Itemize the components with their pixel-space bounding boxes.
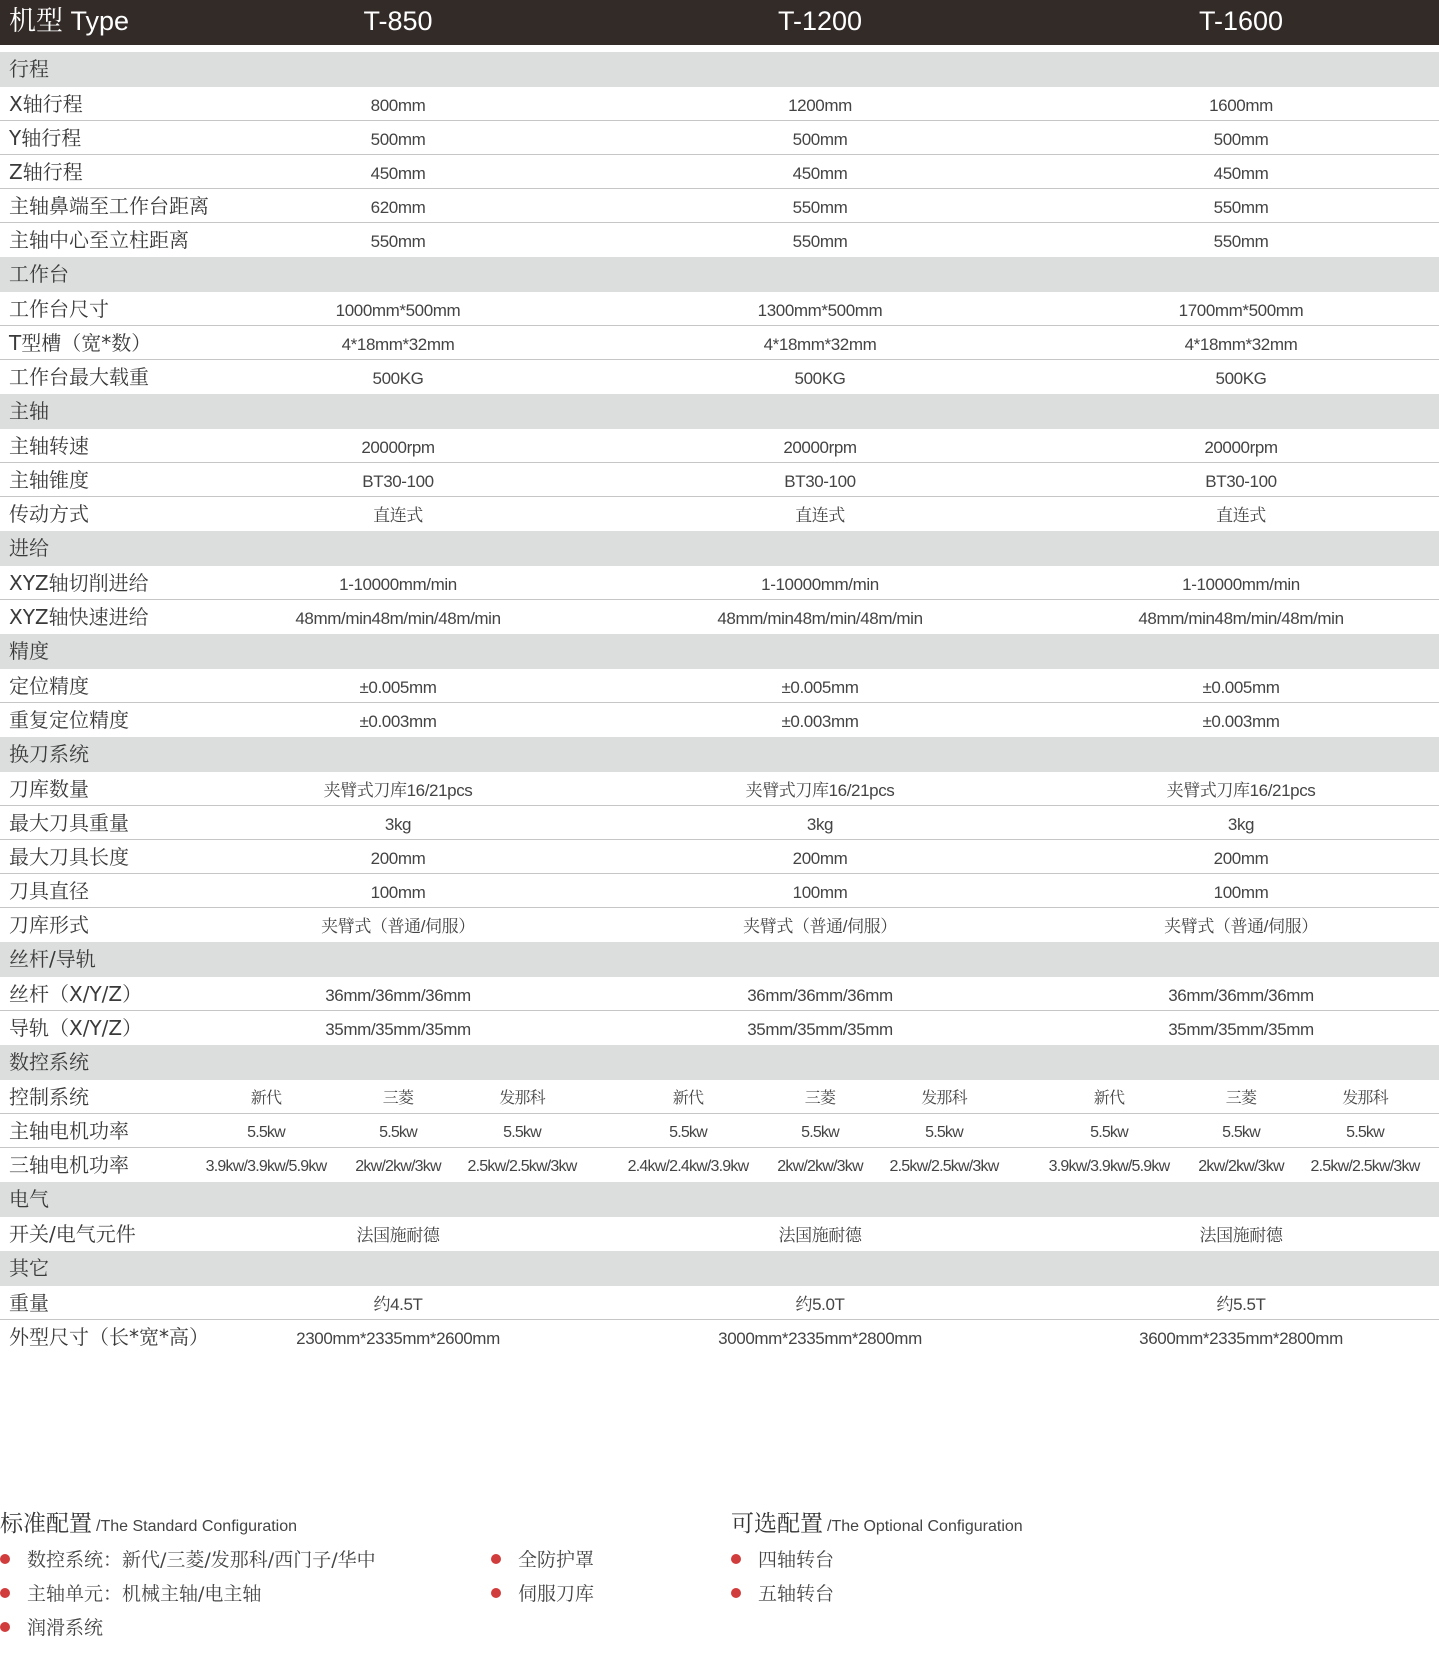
row-label: 刀具直径 bbox=[9, 874, 89, 908]
row-label: 主轴锥度 bbox=[9, 463, 89, 497]
row-label: 开关/电气元件 bbox=[9, 1217, 136, 1251]
row-label: 主轴电机功率 bbox=[9, 1114, 129, 1148]
row-label: 传动方式 bbox=[9, 497, 89, 531]
cell-value: 48mm/min48m/min/48m/min bbox=[1138, 600, 1343, 634]
cell-value: 1-10000mm/min bbox=[1182, 566, 1300, 600]
bullet-icon bbox=[0, 1588, 10, 1598]
cell-value: 550mm bbox=[371, 223, 426, 257]
cell-value: 法国施耐德 bbox=[357, 1217, 440, 1251]
cell-value: 5.5kw bbox=[801, 1114, 839, 1148]
cell-value: 2.5kw/2.5kw/3kw bbox=[890, 1148, 999, 1182]
row-label: X轴行程 bbox=[9, 87, 83, 121]
cell-value: 5.5kw bbox=[1346, 1114, 1384, 1148]
cell-value: 48mm/min48m/min/48m/min bbox=[717, 600, 922, 634]
section-title: 丝杆/导轨 bbox=[9, 942, 96, 977]
cell-value: 5.5kw bbox=[925, 1114, 963, 1148]
item-text: 数控系统：新代/三菱/发那科/西门子/华中 bbox=[27, 1549, 376, 1571]
item-text: 五轴转台 bbox=[758, 1583, 834, 1605]
cell-value: 35mm/35mm/35mm bbox=[1168, 1011, 1314, 1045]
section-title: 主轴 bbox=[9, 394, 49, 429]
table-row: Y轴行程500mm500mm500mm bbox=[0, 121, 1439, 155]
cell-value: 1000mm*500mm bbox=[336, 292, 461, 326]
row-label: Y轴行程 bbox=[9, 121, 81, 155]
section-row: 其它 bbox=[0, 1251, 1439, 1286]
cell-value: 夹臂式刀库16/21pcs bbox=[1167, 772, 1316, 806]
table-row: 控制系统新代三菱发那科新代三菱发那科新代三菱发那科 bbox=[0, 1080, 1439, 1114]
cell-value: 36mm/36mm/36mm bbox=[747, 977, 893, 1011]
section-title: 进给 bbox=[9, 531, 49, 566]
cell-value: 2.5kw/2.5kw/3kw bbox=[468, 1148, 577, 1182]
cell-value: 100mm bbox=[793, 874, 848, 908]
table-row: X轴行程800mm1200mm1600mm bbox=[0, 87, 1439, 121]
table-row: 工作台尺寸1000mm*500mm1300mm*500mm1700mm*500m… bbox=[0, 292, 1439, 326]
table-row: 刀库形式夹臂式（普通/伺服）夹臂式（普通/伺服）夹臂式（普通/伺服） bbox=[0, 908, 1439, 942]
cell-value: 法国施耐德 bbox=[1200, 1217, 1283, 1251]
standard-config-item: 全防护罩 bbox=[491, 1545, 594, 1575]
cell-value: 550mm bbox=[1214, 223, 1269, 257]
item-text: 润滑系统 bbox=[27, 1617, 103, 1639]
bullet-icon bbox=[491, 1554, 501, 1564]
cell-value: 5.5kw bbox=[503, 1114, 541, 1148]
cell-value: 100mm bbox=[1214, 874, 1269, 908]
bullet-icon bbox=[0, 1622, 10, 1632]
cell-value: 3kg bbox=[1228, 806, 1254, 840]
cell-value: 48mm/min48m/min/48m/min bbox=[295, 600, 500, 634]
table-row: 最大刀具长度200mm200mm200mm bbox=[0, 840, 1439, 874]
cell-value: 3kg bbox=[385, 806, 411, 840]
section-row: 电气 bbox=[0, 1182, 1439, 1217]
cell-value: ±0.005mm bbox=[782, 669, 859, 703]
cell-value: ±0.003mm bbox=[360, 703, 437, 737]
row-label: 重量 bbox=[9, 1286, 49, 1320]
cell-value: 4*18mm*32mm bbox=[342, 326, 455, 360]
table-row: 工作台最大载重500KG500KG500KG bbox=[0, 360, 1439, 394]
cell-value: 4*18mm*32mm bbox=[764, 326, 877, 360]
cell-value: 550mm bbox=[793, 189, 848, 223]
cell-value: 200mm bbox=[793, 840, 848, 874]
table-row: 导轨（X/Y/Z）35mm/35mm/35mm35mm/35mm/35mm35m… bbox=[0, 1011, 1439, 1045]
section-title: 工作台 bbox=[9, 257, 69, 292]
row-label: 丝杆（X/Y/Z） bbox=[9, 977, 142, 1011]
cell-value: 3.9kw/3.9kw/5.9kw bbox=[206, 1148, 327, 1182]
row-label: 导轨（X/Y/Z） bbox=[9, 1011, 142, 1045]
cell-value: 1600mm bbox=[1209, 87, 1273, 121]
table-row: 主轴锥度BT30-100BT30-100BT30-100 bbox=[0, 463, 1439, 497]
cell-value: 新代 bbox=[1094, 1080, 1124, 1114]
table-row: 传动方式直连式直连式直连式 bbox=[0, 497, 1439, 531]
cell-value: 法国施耐德 bbox=[779, 1217, 862, 1251]
table-row: 重量约4.5T约5.0T约5.5T bbox=[0, 1286, 1439, 1320]
row-label: Z轴行程 bbox=[9, 155, 83, 189]
cell-value: 3600mm*2335mm*2800mm bbox=[1139, 1320, 1343, 1354]
table-row: 刀具直径100mm100mm100mm bbox=[0, 874, 1439, 908]
section-title: 电气 bbox=[9, 1182, 49, 1217]
header-model-t1600: T-1600 bbox=[1199, 0, 1283, 45]
cell-value: 5.5kw bbox=[379, 1114, 417, 1148]
cell-value: 500KG bbox=[795, 360, 846, 394]
bullet-icon bbox=[731, 1554, 741, 1564]
row-label: 主轴鼻端至工作台距离 bbox=[9, 189, 209, 223]
section-row: 换刀系统 bbox=[0, 737, 1439, 772]
section-row: 行程 bbox=[0, 52, 1439, 87]
section-row: 精度 bbox=[0, 634, 1439, 669]
standard-config-item: 主轴单元：机械主轴/电主轴 bbox=[0, 1579, 261, 1609]
cell-value: 200mm bbox=[371, 840, 426, 874]
cell-value: 夹臂式（普通/伺服） bbox=[1164, 908, 1318, 942]
cell-value: 发那科 bbox=[1342, 1080, 1388, 1114]
cell-value: 发那科 bbox=[499, 1080, 545, 1114]
cell-value: 2kw/2kw/3kw bbox=[777, 1148, 862, 1182]
row-label: T型槽（宽*数） bbox=[9, 326, 151, 360]
row-label: 重复定位精度 bbox=[9, 703, 129, 737]
cell-value: 1-10000mm/min bbox=[339, 566, 457, 600]
cell-value: 2kw/2kw/3kw bbox=[1198, 1148, 1283, 1182]
cell-value: 500mm bbox=[371, 121, 426, 155]
cell-value: 夹臂式刀库16/21pcs bbox=[746, 772, 895, 806]
row-label: 刀库数量 bbox=[9, 772, 89, 806]
row-label: 定位精度 bbox=[9, 669, 89, 703]
cell-value: 新代 bbox=[673, 1080, 703, 1114]
item-text: 四轴转台 bbox=[758, 1549, 834, 1571]
cell-value: 直连式 bbox=[373, 497, 423, 531]
cell-value: 3kg bbox=[807, 806, 833, 840]
cell-value: 约5.5T bbox=[1216, 1286, 1265, 1320]
section-row: 丝杆/导轨 bbox=[0, 942, 1439, 977]
cell-value: 直连式 bbox=[795, 497, 845, 531]
row-label: XYZ轴切削进给 bbox=[9, 566, 149, 600]
cell-value: 2.5kw/2.5kw/3kw bbox=[1311, 1148, 1420, 1182]
optional-config-title-cn: 可选配置 bbox=[731, 1511, 823, 1537]
cell-value: 1200mm bbox=[788, 87, 852, 121]
cell-value: 450mm bbox=[371, 155, 426, 189]
table-row: Z轴行程450mm450mm450mm bbox=[0, 155, 1439, 189]
section-title: 换刀系统 bbox=[9, 737, 89, 772]
section-title: 行程 bbox=[9, 52, 49, 87]
cell-value: 2300mm*2335mm*2600mm bbox=[296, 1320, 500, 1354]
row-label: XYZ轴快速进给 bbox=[9, 600, 149, 634]
spec-table: 行程X轴行程800mm1200mm1600mmY轴行程500mm500mm500… bbox=[0, 52, 1439, 1354]
row-label: 最大刀具重量 bbox=[9, 806, 129, 840]
item-text: 主轴单元：机械主轴/电主轴 bbox=[27, 1583, 261, 1605]
standard-config-item: 数控系统：新代/三菱/发那科/西门子/华中 bbox=[0, 1545, 376, 1575]
standard-config-subtitle: /The Standard Configuration bbox=[96, 1518, 297, 1535]
cell-value: 发那科 bbox=[921, 1080, 967, 1114]
section-title: 其它 bbox=[9, 1251, 49, 1286]
cell-value: 夹臂式刀库16/21pcs bbox=[324, 772, 473, 806]
cell-value: 450mm bbox=[793, 155, 848, 189]
table-row: 主轴鼻端至工作台距离620mm550mm550mm bbox=[0, 189, 1439, 223]
header-model-t1200: T-1200 bbox=[778, 0, 862, 45]
cell-value: 35mm/35mm/35mm bbox=[747, 1011, 893, 1045]
cell-value: BT30-100 bbox=[1205, 463, 1276, 497]
cell-value: 1700mm*500mm bbox=[1179, 292, 1304, 326]
cell-value: 800mm bbox=[371, 87, 426, 121]
row-label: 工作台最大载重 bbox=[9, 360, 149, 394]
standard-config-item: 润滑系统 bbox=[0, 1613, 103, 1643]
bullet-icon bbox=[0, 1554, 10, 1564]
row-label: 控制系统 bbox=[9, 1080, 89, 1114]
optional-config-title: 可选配置/The Optional Configuration bbox=[731, 1505, 1023, 1538]
cell-value: 100mm bbox=[371, 874, 426, 908]
cell-value: 5.5kw bbox=[1222, 1114, 1260, 1148]
table-row: 外型尺寸（长*宽*高）2300mm*2335mm*2600mm3000mm*23… bbox=[0, 1320, 1439, 1354]
table-row: 三轴电机功率3.9kw/3.9kw/5.9kw2kw/2kw/3kw2.5kw/… bbox=[0, 1148, 1439, 1182]
cell-value: 200mm bbox=[1214, 840, 1269, 874]
cell-value: 5.5kw bbox=[1090, 1114, 1128, 1148]
cell-value: 35mm/35mm/35mm bbox=[325, 1011, 471, 1045]
cell-value: ±0.003mm bbox=[1203, 703, 1280, 737]
cell-value: 新代 bbox=[251, 1080, 281, 1114]
cell-value: 2.4kw/2.4kw/3.9kw bbox=[628, 1148, 749, 1182]
cell-value: 直连式 bbox=[1216, 497, 1266, 531]
table-row: 最大刀具重量3kg3kg3kg bbox=[0, 806, 1439, 840]
item-text: 伺服刀库 bbox=[518, 1583, 594, 1605]
cell-value: 500KG bbox=[1216, 360, 1267, 394]
cell-value: 夹臂式（普通/伺服） bbox=[321, 908, 475, 942]
standard-config-title-cn: 标准配置 bbox=[0, 1511, 92, 1537]
cell-value: 约5.0T bbox=[795, 1286, 844, 1320]
cell-value: 三菱 bbox=[1226, 1080, 1256, 1114]
table-row: 丝杆（X/Y/Z）36mm/36mm/36mm36mm/36mm/36mm36m… bbox=[0, 977, 1439, 1011]
cell-value: 550mm bbox=[1214, 189, 1269, 223]
table-row: 重复定位精度±0.003mm±0.003mm±0.003mm bbox=[0, 703, 1439, 737]
cell-value: ±0.005mm bbox=[1203, 669, 1280, 703]
table-row: 定位精度±0.005mm±0.005mm±0.005mm bbox=[0, 669, 1439, 703]
cell-value: 450mm bbox=[1214, 155, 1269, 189]
row-label: 工作台尺寸 bbox=[9, 292, 109, 326]
cell-value: ±0.003mm bbox=[782, 703, 859, 737]
standard-config: 标准配置/The Standard Configuration 数控系统：新代/… bbox=[0, 1505, 297, 1538]
section-title: 数控系统 bbox=[9, 1045, 89, 1080]
cell-value: 三菱 bbox=[805, 1080, 835, 1114]
cell-value: 夹臂式（普通/伺服） bbox=[743, 908, 897, 942]
row-label: 主轴转速 bbox=[9, 429, 89, 463]
cell-value: 36mm/36mm/36mm bbox=[325, 977, 471, 1011]
cell-value: 1300mm*500mm bbox=[758, 292, 883, 326]
row-label: 主轴中心至立柱距离 bbox=[9, 223, 189, 257]
cell-value: 500mm bbox=[793, 121, 848, 155]
table-row: 主轴中心至立柱距离550mm550mm550mm bbox=[0, 223, 1439, 257]
section-row: 主轴 bbox=[0, 394, 1439, 429]
optional-config-item: 四轴转台 bbox=[731, 1545, 834, 1575]
cell-value: 3000mm*2335mm*2800mm bbox=[718, 1320, 922, 1354]
table-row: XYZ轴切削进给1-10000mm/min1-10000mm/min1-1000… bbox=[0, 566, 1439, 600]
cell-value: 500mm bbox=[1214, 121, 1269, 155]
table-row: 开关/电气元件法国施耐德法国施耐德法国施耐德 bbox=[0, 1217, 1439, 1251]
cell-value: 20000rpm bbox=[361, 429, 434, 463]
section-title: 精度 bbox=[9, 634, 49, 669]
section-row: 工作台 bbox=[0, 257, 1439, 292]
optional-config-subtitle: /The Optional Configuration bbox=[827, 1518, 1023, 1535]
table-row: XYZ轴快速进给48mm/min48m/min/48m/min48mm/min4… bbox=[0, 600, 1439, 634]
table-row: T型槽（宽*数）4*18mm*32mm4*18mm*32mm4*18mm*32m… bbox=[0, 326, 1439, 360]
cell-value: BT30-100 bbox=[784, 463, 855, 497]
cell-value: 20000rpm bbox=[1204, 429, 1277, 463]
cell-value: 三菱 bbox=[383, 1080, 413, 1114]
header-type-label: 机型 Type bbox=[9, 0, 129, 45]
header-model-t850: T-850 bbox=[363, 0, 432, 45]
table-row: 主轴转速20000rpm20000rpm20000rpm bbox=[0, 429, 1439, 463]
row-label: 外型尺寸（长*宽*高） bbox=[9, 1320, 209, 1354]
cell-value: 620mm bbox=[371, 189, 426, 223]
cell-value: 1-10000mm/min bbox=[761, 566, 879, 600]
item-text: 全防护罩 bbox=[518, 1549, 594, 1571]
section-row: 进给 bbox=[0, 531, 1439, 566]
cell-value: 5.5kw bbox=[669, 1114, 707, 1148]
cell-value: BT30-100 bbox=[362, 463, 433, 497]
optional-config: 可选配置/The Optional Configuration 四轴转台 五轴转… bbox=[731, 1505, 1023, 1538]
cell-value: 500KG bbox=[373, 360, 424, 394]
cell-value: 36mm/36mm/36mm bbox=[1168, 977, 1314, 1011]
cell-value: 550mm bbox=[793, 223, 848, 257]
cell-value: 约4.5T bbox=[373, 1286, 422, 1320]
bullet-icon bbox=[731, 1588, 741, 1598]
row-label: 刀库形式 bbox=[9, 908, 89, 942]
cell-value: ±0.005mm bbox=[360, 669, 437, 703]
cell-value: 4*18mm*32mm bbox=[1185, 326, 1298, 360]
standard-config-title: 标准配置/The Standard Configuration bbox=[0, 1505, 297, 1538]
table-row: 刀库数量夹臂式刀库16/21pcs夹臂式刀库16/21pcs夹臂式刀库16/21… bbox=[0, 772, 1439, 806]
cell-value: 3.9kw/3.9kw/5.9kw bbox=[1049, 1148, 1170, 1182]
cell-value: 5.5kw bbox=[247, 1114, 285, 1148]
standard-config-item: 伺服刀库 bbox=[491, 1579, 594, 1609]
section-row: 数控系统 bbox=[0, 1045, 1439, 1080]
cell-value: 2kw/2kw/3kw bbox=[355, 1148, 440, 1182]
spec-table-header: 机型 Type T-850 T-1200 T-1600 bbox=[0, 0, 1439, 45]
row-label: 最大刀具长度 bbox=[9, 840, 129, 874]
table-row: 主轴电机功率5.5kw5.5kw5.5kw5.5kw5.5kw5.5kw5.5k… bbox=[0, 1114, 1439, 1148]
optional-config-item: 五轴转台 bbox=[731, 1579, 834, 1609]
cell-value: 20000rpm bbox=[783, 429, 856, 463]
row-label: 三轴电机功率 bbox=[9, 1148, 129, 1182]
bullet-icon bbox=[491, 1588, 501, 1598]
